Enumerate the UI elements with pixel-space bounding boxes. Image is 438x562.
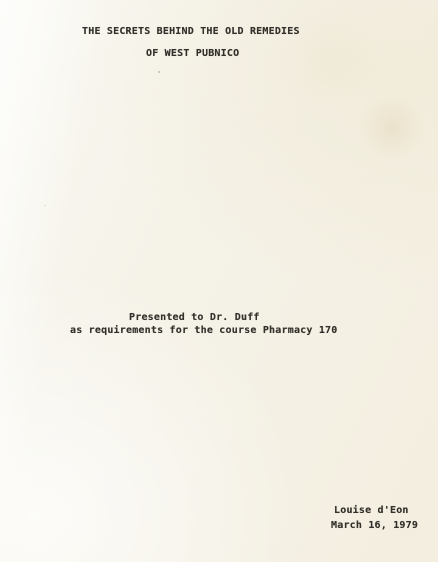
paper-speck [44,205,46,206]
scanned-title-page: THE SECRETS BEHIND THE OLD REMEDIES OF W… [0,0,438,562]
document-date: March 16, 1979 [331,520,418,532]
paper-speck [158,71,160,73]
document-title-line2: OF WEST PUBNICO [146,48,239,60]
presented-to-line: Presented to Dr. Duff [129,312,260,324]
author-name: Louise d'Eon [334,505,409,517]
document-title-line1: THE SECRETS BEHIND THE OLD REMEDIES [82,26,300,38]
course-requirement-line: as requirements for the course Pharmacy … [70,325,337,337]
